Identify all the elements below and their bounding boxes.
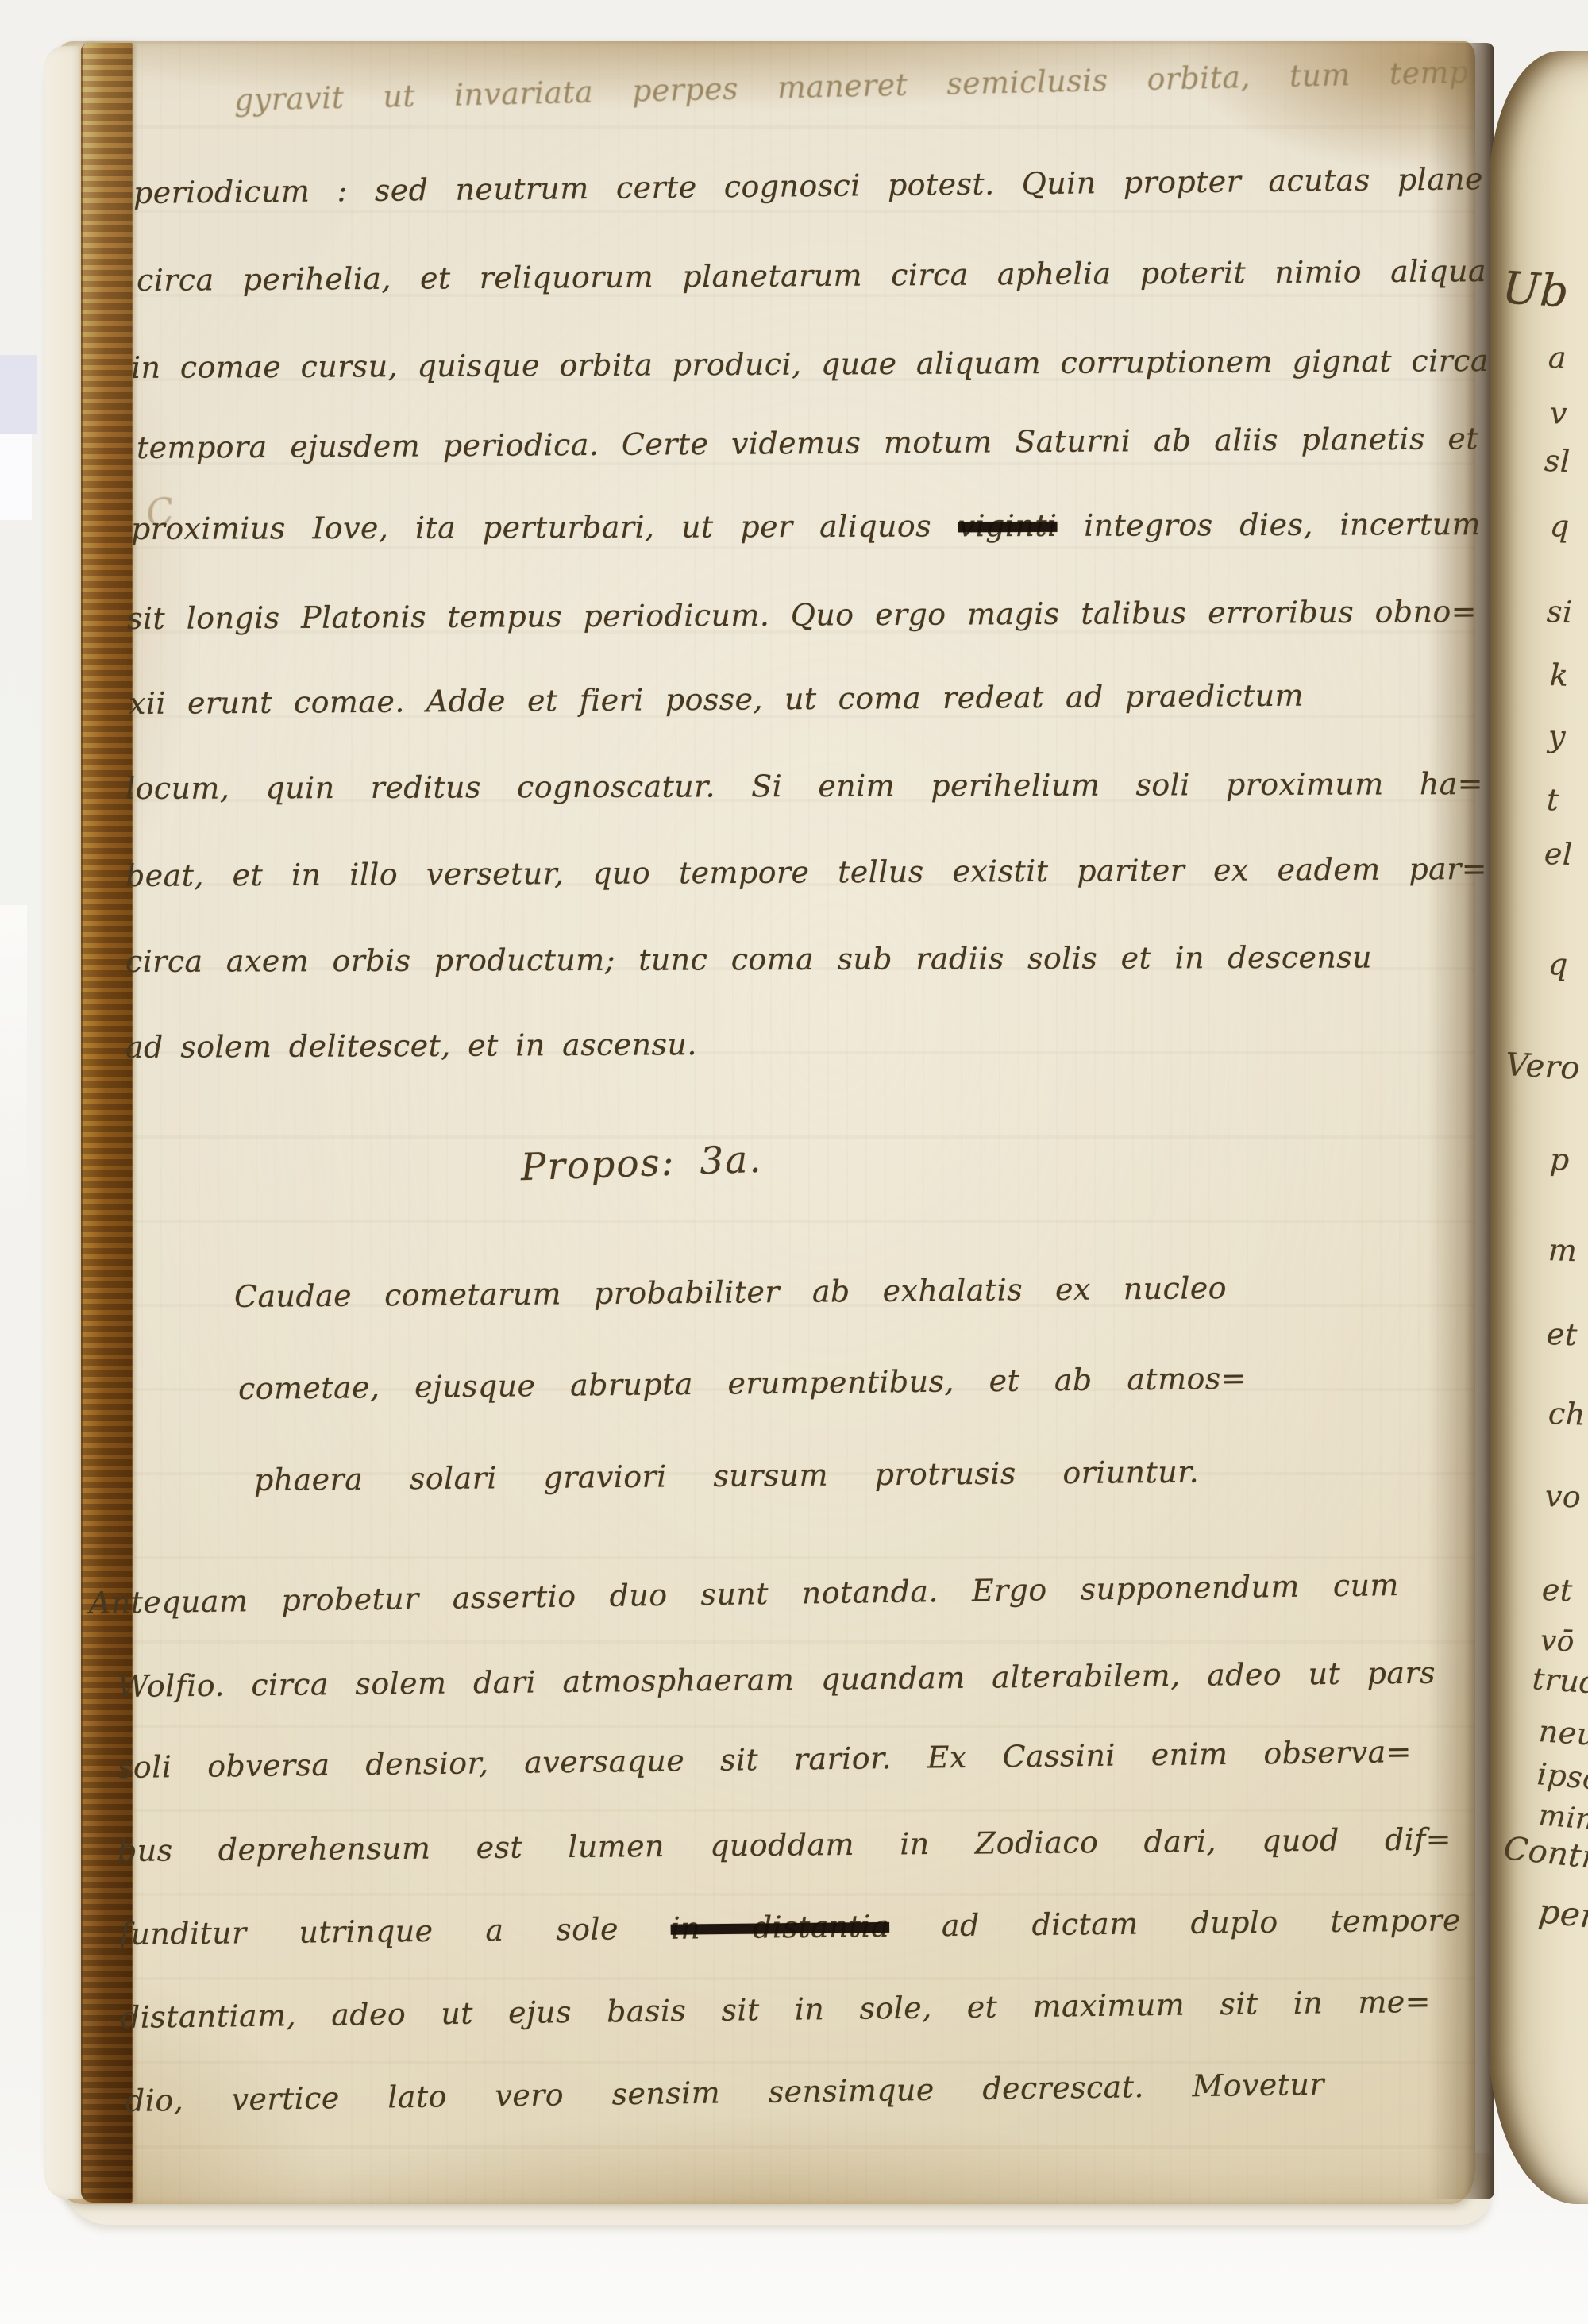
facing-page-fragment: ch [1548, 1396, 1586, 1432]
facing-page-fragment: m [1548, 1232, 1578, 1268]
facing-page-fragment: y [1548, 719, 1566, 754]
facing-page-fragment: vo [1544, 1478, 1582, 1515]
facing-page-fragment: a [1548, 340, 1567, 376]
facing-page-fragment: v [1549, 395, 1567, 431]
facing-page-fragment: neu [1537, 1713, 1588, 1752]
facing-page-fragment: Ub [1501, 262, 1571, 318]
facing-page-fragment: Contra [1502, 1830, 1588, 1879]
facing-page-fragment: trud [1531, 1661, 1588, 1701]
facing-page-fragment: et [1546, 1316, 1578, 1352]
scanned-manuscript: C Propos: 3a. gyravit ut invariata perpe… [0, 0, 1588, 2324]
facing-page-fragment: t [1546, 782, 1559, 818]
facing-page-fragment: Vero [1505, 1046, 1581, 1087]
facing-page-fragment: k [1549, 657, 1569, 693]
facing-page-fragment: sl [1544, 443, 1571, 479]
facing-page-fragment: et [1541, 1572, 1573, 1608]
facing-page-fragment: ipso [1536, 1756, 1588, 1797]
facing-page-fragment: q [1548, 946, 1568, 982]
facing-page-fragment: q [1549, 508, 1570, 544]
facing-page-text: UbavslqsikytelqVeropmetchvoetvōtrudneuip… [0, 0, 1588, 2324]
facing-page-fragment: vō [1540, 1624, 1575, 1658]
facing-page-fragment: min [1537, 1799, 1588, 1836]
facing-page-fragment: si [1546, 594, 1573, 630]
facing-page-fragment: per [1536, 1891, 1588, 1936]
facing-page-fragment: el [1544, 836, 1573, 872]
facing-page-fragment: p [1549, 1142, 1570, 1177]
